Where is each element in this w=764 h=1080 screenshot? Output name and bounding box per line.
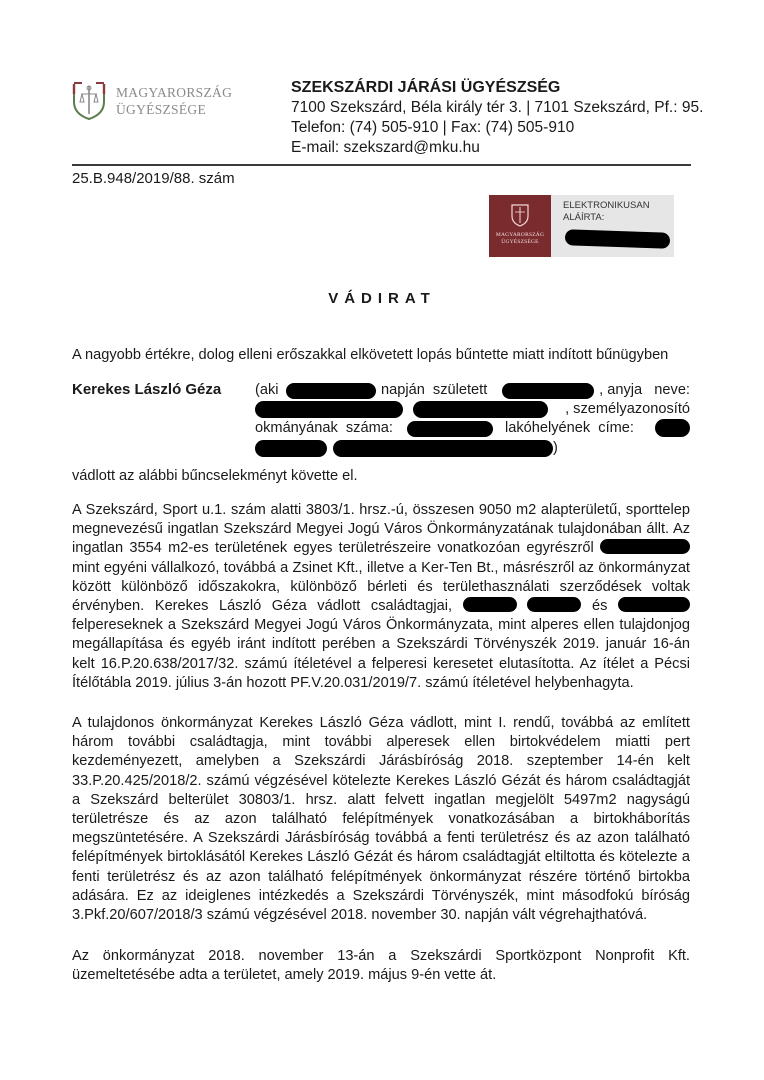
logo-line-2: ÜGYÉSZSÉGE (116, 101, 232, 118)
facts-paragraph-3: Az önkormányzat 2018. november 13-án a S… (72, 947, 690, 985)
logo-line-1: MAGYARORSZÁG (116, 84, 232, 101)
redacted-citizenship (413, 401, 548, 418)
signature-brand-line-1: MAGYARORSZÁG (491, 232, 549, 239)
prosecution-shield-icon (511, 203, 529, 227)
signature-label-line-1: ELEKTRONIKUSAN (563, 200, 650, 212)
document-title: VÁDIRAT (0, 290, 764, 307)
paragraph-1-text: A Szekszárd, Sport u.1. szám alatti 3803… (72, 502, 690, 691)
redacted-birth-place (502, 383, 594, 399)
reference-number: 25.B.948/2019/88. szám (72, 170, 235, 187)
header-divider (72, 164, 691, 166)
defendant-name: Kerekes László Géza (72, 381, 221, 398)
redacted-id-number (407, 421, 493, 437)
redacted-address-1 (655, 419, 690, 437)
redacted-mother-name (255, 401, 403, 418)
redacted-address-3 (333, 440, 553, 457)
redacted-address-2 (255, 440, 327, 457)
defendant-statement: vádlott az alábbi bűncselekményt követte… (72, 467, 690, 486)
office-name: SZEKSZÁRDI JÁRÁSI ÜGYÉSZSÉG (291, 78, 703, 98)
signature-brand-panel: MAGYARORSZÁG ÜGYÉSZSÉGE (489, 195, 551, 257)
facts-paragraph-2: A tulajdonos önkormányzat Kerekes László… (72, 714, 690, 925)
intro-sentence: A nagyobb értékre, dolog elleni erőszakk… (72, 346, 690, 365)
office-phone-fax: Telefon: (74) 505-910 | Fax: (74) 505-91… (291, 118, 703, 138)
prosecution-logo: MAGYARORSZÁG ÜGYÉSZSÉGE (72, 80, 232, 122)
paragraph-3-text: Az önkormányzat 2018. november 13-án a S… (72, 948, 690, 983)
facts-paragraph-1: A Szekszárd, Sport u.1. szám alatti 3803… (72, 501, 690, 693)
office-address: 7100 Szekszárd, Béla király tér 3. | 710… (291, 98, 703, 118)
signature-label-line-2: ALÁÍRTA: (563, 212, 650, 224)
defendant-details: (aki napján született , anyja neve: , sz… (255, 381, 690, 458)
prosecution-shield-icon (72, 80, 106, 120)
office-header: SZEKSZÁRDI JÁRÁSI ÜGYÉSZSÉG 7100 Szekszá… (291, 78, 703, 158)
signature-brand-line-2: ÜGYÉSZSÉGE (491, 239, 549, 246)
redacted-signer (565, 229, 670, 249)
office-email[interactable]: E-mail: szekszard@mku.hu (291, 138, 703, 158)
paragraph-2-text: A tulajdonos önkormányzat Kerekes László… (72, 715, 690, 923)
redacted-birth-date (286, 383, 376, 399)
electronic-signature-box: MAGYARORSZÁG ÜGYÉSZSÉGE ELEKTRONIKUSAN A… (489, 195, 674, 257)
